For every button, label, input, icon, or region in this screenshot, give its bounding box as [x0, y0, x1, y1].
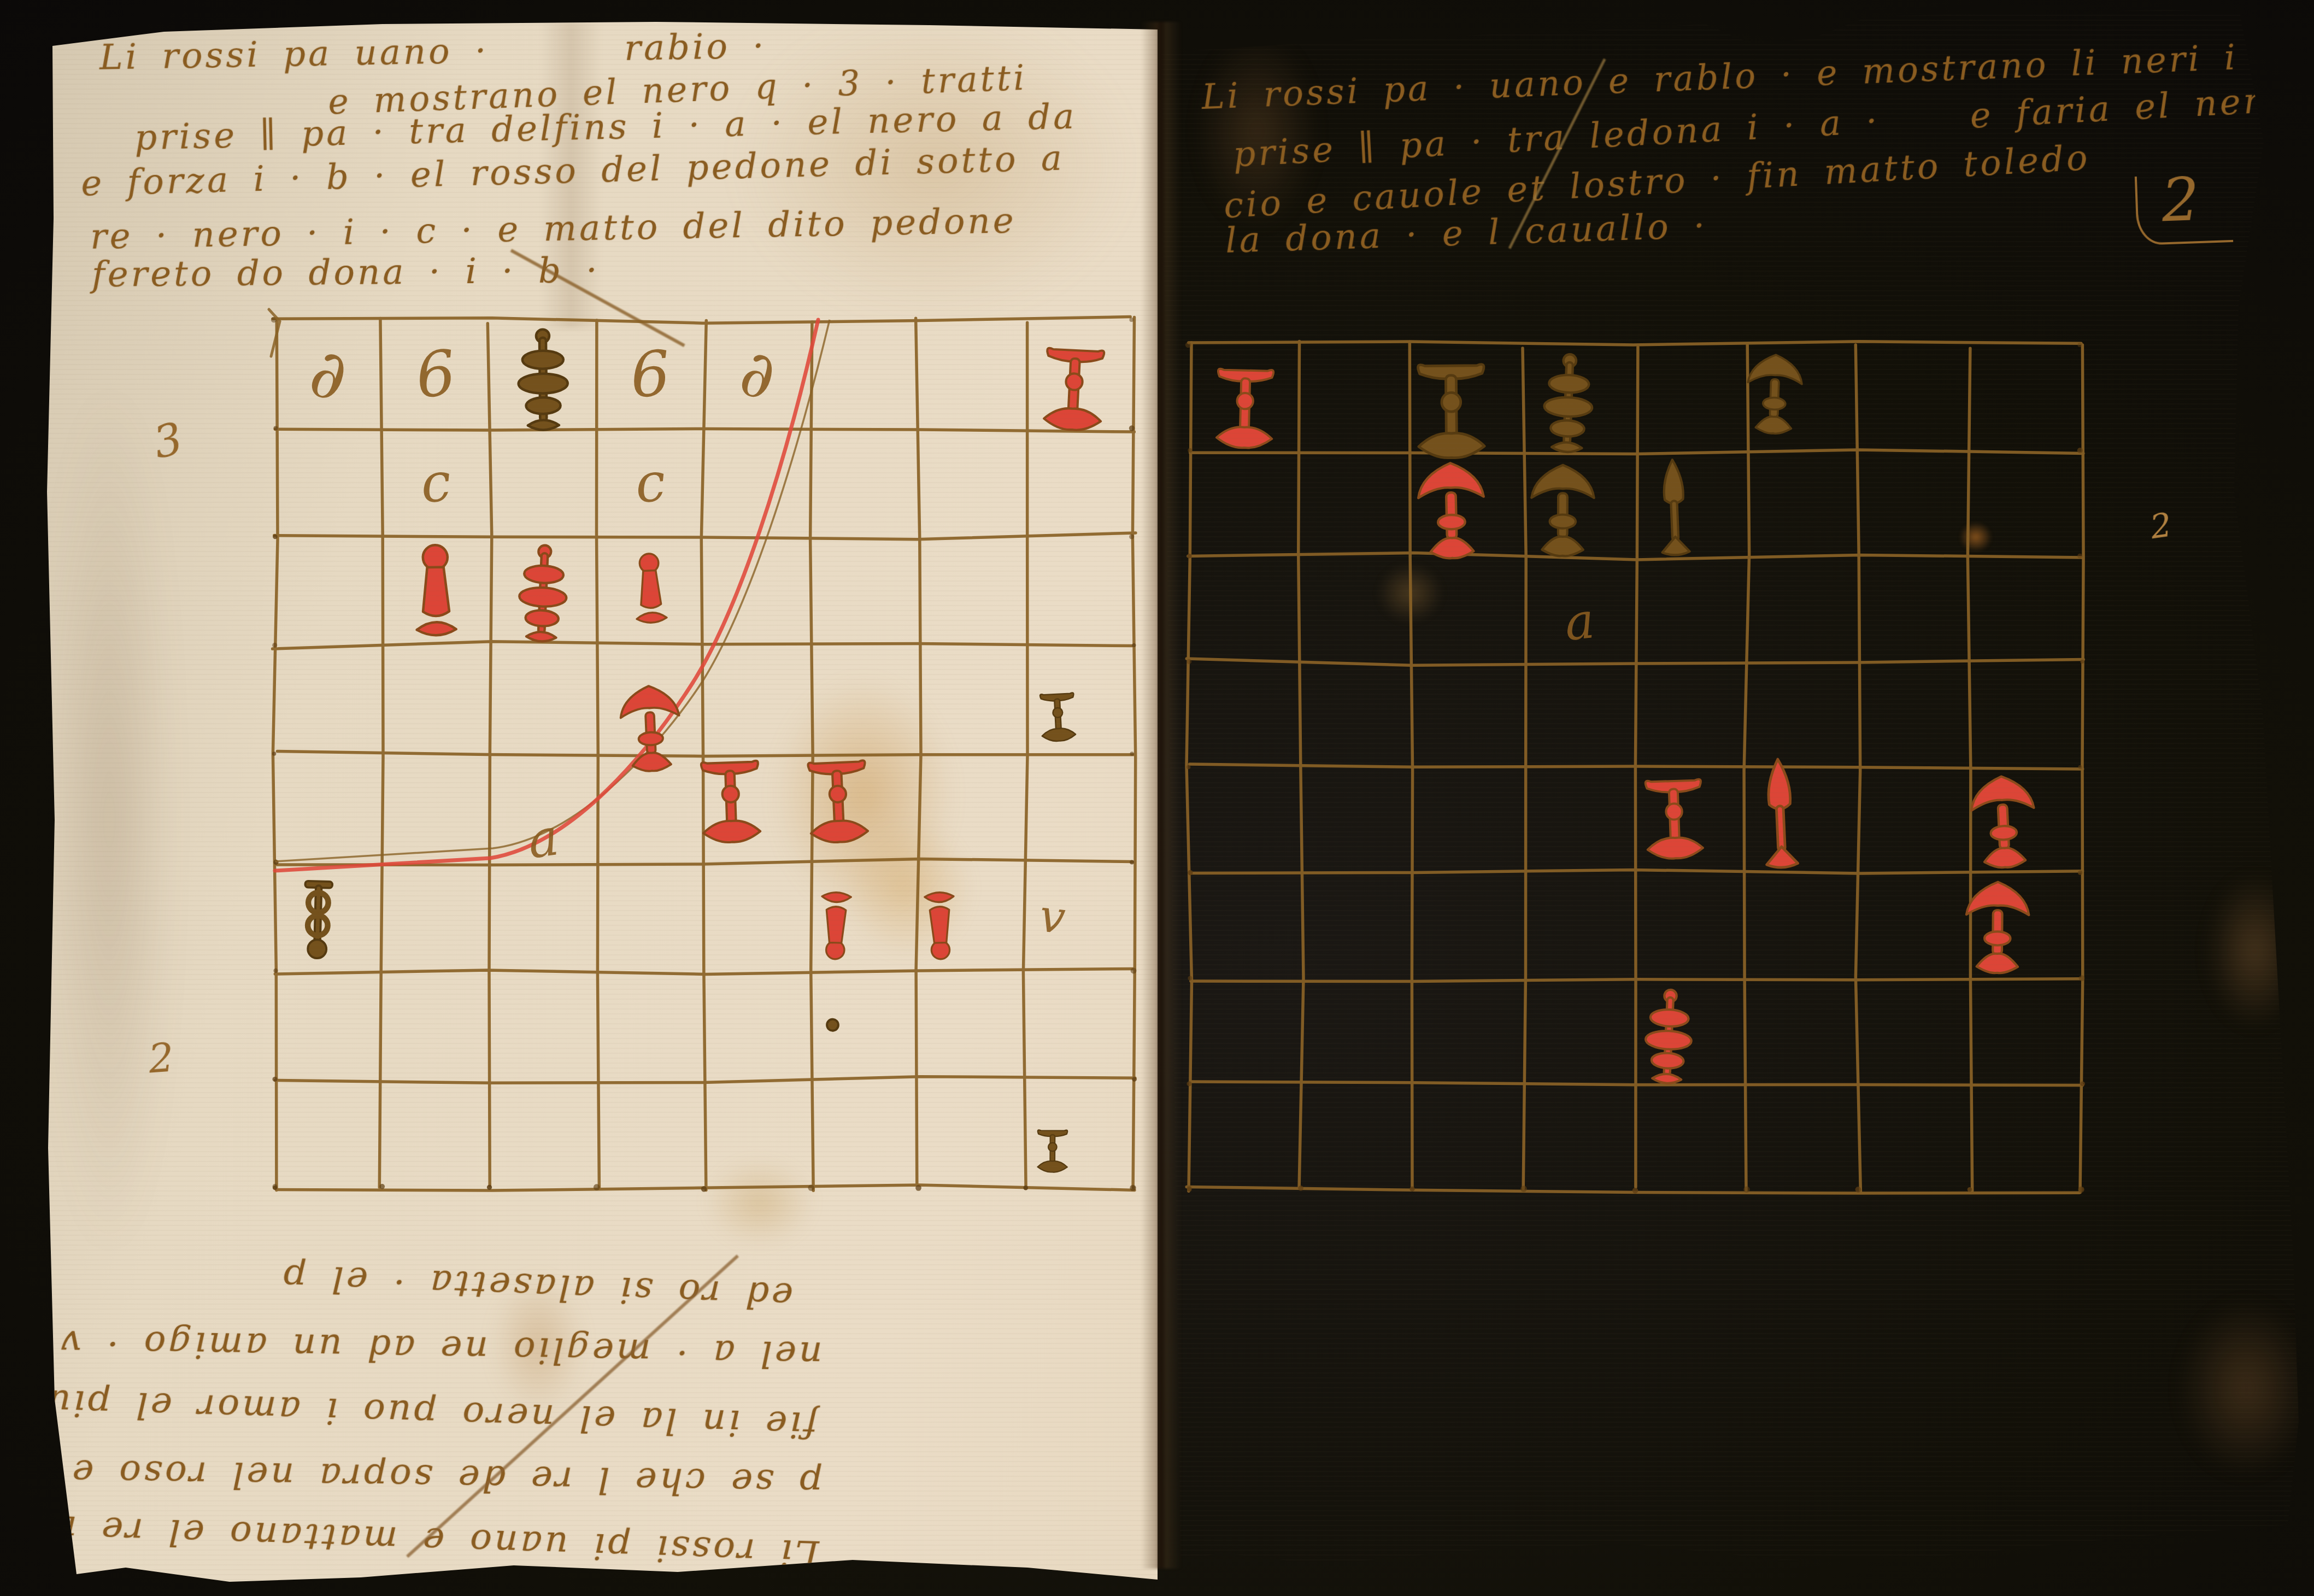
- svg-text:∂: ∂: [735, 335, 780, 415]
- page-number: 2: [2160, 166, 2200, 235]
- manuscript-line: prise ∥ pa · tra ledona i · a · e faria …: [1232, 80, 2287, 175]
- svg-text:c: c: [418, 451, 454, 515]
- stain: [738, 16, 1131, 312]
- svg-text:a: a: [524, 807, 562, 870]
- manuscript-line-inverted: p se che l re de sopra nel roso e sono e…: [20, 1451, 823, 1504]
- manuscript-line-inverted: fie in la el nero puo i amor el piu nero…: [21, 1381, 818, 1446]
- manuscript-line: re · nero · i · c · e matto del dito ped…: [90, 201, 1017, 257]
- manuscript-line: e forza i · b · el rosso del pedone di s…: [80, 138, 1065, 204]
- manuscript-line: Li rossi pa uano · rabio ·: [99, 26, 767, 78]
- svg-text:∂: ∂: [303, 332, 354, 416]
- stain: [2181, 1301, 2312, 1476]
- manuscript-line: la dona · e l cauallo ·: [1225, 206, 1708, 261]
- manuscript-line: fereto do dona · i · b ·: [92, 250, 600, 295]
- manuscript-photo: Li rossi pa uano · rabio · e mostrano el…: [0, 0, 2314, 1596]
- margin-mark-2: 2: [147, 1035, 175, 1083]
- svg-text:6: 6: [413, 337, 460, 413]
- manuscript-line: e mostrano el nero q · 3 · tratti: [327, 58, 1027, 122]
- manuscript-line: Li rossi pa · uano e rablo · e mostrano …: [1201, 28, 2314, 117]
- margin-mark-3: 3: [149, 413, 187, 469]
- stain: [49, 383, 169, 1257]
- crease-line: [1508, 58, 1606, 249]
- manuscript-line-inverted: nel a · meglio ne ad un amigo · v · su: [23, 1321, 823, 1376]
- svg-text:6: 6: [628, 337, 672, 412]
- manuscript-line: prise ∥ pa · tra delfins i · a · el nero…: [134, 96, 1077, 158]
- margin-mark-2-right: 2: [2148, 506, 2174, 547]
- right-chess-board: a: [1181, 328, 2099, 1208]
- fold-shadow: [541, 22, 601, 328]
- manuscript-line-inverted: Li rossi pi uano e mattano el re i · 2 ·…: [19, 1506, 820, 1575]
- left-chess-board: ∂66∂ccav: [268, 306, 1142, 1202]
- manuscript-line: cio e cauole et lostro · fin matto toled…: [1223, 138, 2091, 226]
- svg-text:c: c: [633, 451, 668, 515]
- inverted-text-block: Li rossi pi uano e mattano el re i · 2 ·…: [19, 1242, 829, 1575]
- stain: [1197, 33, 1317, 230]
- page-number-bracket: 2: [2135, 173, 2233, 245]
- svg-text:v: v: [1037, 889, 1068, 944]
- svg-text:a: a: [1562, 592, 1598, 652]
- stain: [2208, 875, 2301, 1028]
- manuscript-line-inverted: ed ro si alasetta · el p: [24, 1247, 794, 1317]
